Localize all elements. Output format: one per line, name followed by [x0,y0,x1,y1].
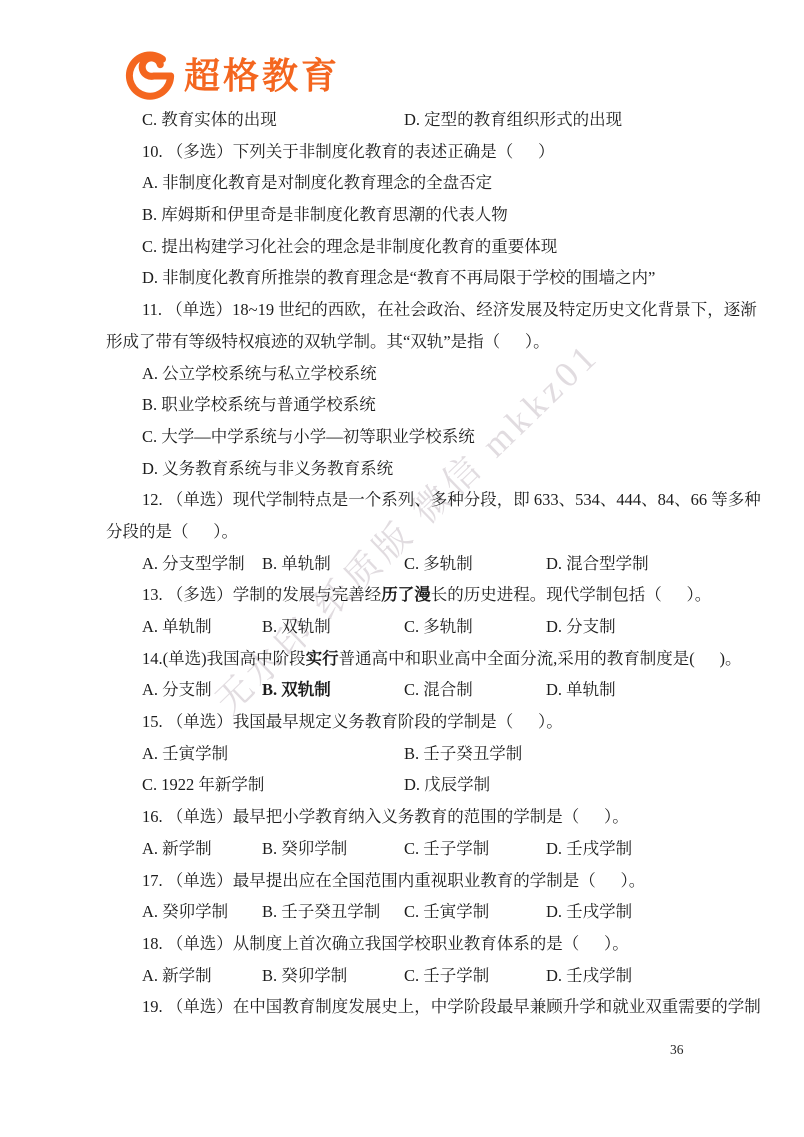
text-segment: B. 库姆斯和伊里奇是非制度化教育思潮的代表人物 [142,205,508,224]
text-segment: D. 定型的教育组织形式的出现 [404,110,622,129]
text-segment: C. 壬寅学制 [404,902,489,921]
chaoge-g-icon [124,50,176,102]
text-segment: D. 分支制 [546,617,616,636]
text-segment: B. 壬子癸丑学制 [404,744,522,763]
text-segment: 19. （单选）在中国教育制度发展史上，中学阶段最早兼顾升学和就业双重需要的学制 [142,997,761,1016]
option-cell: D. 分支制 [546,611,754,643]
option-cell: B. 癸卯学制 [262,833,404,865]
text-line: 12. （单选）现代学制特点是一个系列、多种分段，即 633、534、444、8… [106,484,754,516]
option-cell: C. 壬寅学制 [404,896,546,928]
text-segment: C. 混合制 [404,680,473,699]
text-segment: 16. （单选）最早把小学教育纳入义务教育的范围的学制是（ ）。 [142,807,629,826]
option-cell: D. 壬戌学制 [546,960,754,992]
text-segment: B. 单轨制 [262,554,331,573]
options-row: C. 1922 年新学制D. 戊辰学制 [106,769,754,801]
text-segment: 形成了带有等级特权痕迹的双轨学制。其“双轨”是指（ ）。 [106,332,550,351]
option-cell: A. 新学制 [142,960,262,992]
option-cell: D. 戊辰学制 [404,769,754,801]
text-segment: 12. （单选）现代学制特点是一个系列、多种分段，即 633、534、444、8… [142,490,761,509]
text-segment: A. 分支型学制 [142,554,245,573]
document-body: C. 教育实体的出现D. 定型的教育组织形式的出现10. （多选）下列关于非制度… [106,104,754,1023]
text-segment: C. 提出构建学习化社会的理念是非制度化教育的重要体现 [142,237,557,256]
brand-logo: 超格教育 [124,50,340,102]
text-segment: C. 教育实体的出现 [142,110,277,129]
options-row: C. 教育实体的出现D. 定型的教育组织形式的出现 [106,104,754,136]
brand-name: 超格教育 [184,50,340,102]
text-segment: 实行 [306,649,339,668]
text-line: C. 大学—中学系统与小学—初等职业学校系统 [106,421,754,453]
option-cell: B. 双轨制 [262,611,404,643]
option-cell: A. 分支制 [142,674,262,706]
text-line: 14.(单选)我国高中阶段实行普通高中和职业高中全面分流,采用的教育制度是( )… [106,643,754,675]
text-line: 19. （单选）在中国教育制度发展史上，中学阶段最早兼顾升学和就业双重需要的学制 [106,991,754,1023]
option-cell: B. 癸卯学制 [262,960,404,992]
option-cell: C. 壬子学制 [404,960,546,992]
text-line: B. 库姆斯和伊里奇是非制度化教育思潮的代表人物 [106,199,754,231]
options-row: A. 癸卯学制B. 壬子癸丑学制C. 壬寅学制D. 壬戌学制 [106,896,754,928]
text-segment: 历了漫 [381,585,431,604]
text-segment: A. 公立学校系统与私立学校系统 [142,364,377,383]
text-line: D. 非制度化教育所推崇的教育理念是“教育不再局限于学校的围墙之内” [106,262,754,294]
text-line: 16. （单选）最早把小学教育纳入义务教育的范围的学制是（ ）。 [106,801,754,833]
text-segment: D. 戊辰学制 [404,775,490,794]
text-line: D. 义务教育系统与非义务教育系统 [106,453,754,485]
option-cell: A. 新学制 [142,833,262,865]
text-segment: A. 新学制 [142,966,212,985]
option-cell: B. 壬子癸丑学制 [262,896,404,928]
text-segment: C. 多轨制 [404,554,473,573]
text-segment: B. 癸卯学制 [262,966,347,985]
text-segment: A. 单轨制 [142,617,212,636]
text-segment: D. 混合型学制 [546,554,649,573]
page-number: 36 [670,1042,684,1058]
option-cell: D. 壬戌学制 [546,896,754,928]
text-segment: D. 壬戌学制 [546,966,632,985]
option-cell: B. 双轨制 [262,674,404,706]
text-line: C. 提出构建学习化社会的理念是非制度化教育的重要体现 [106,231,754,263]
options-row: A. 分支制B. 双轨制C. 混合制D. 单轨制 [106,674,754,706]
text-line: B. 职业学校系统与普通学校系统 [106,389,754,421]
text-segment: A. 分支制 [142,680,212,699]
text-line: 11. （单选）18~19 世纪的西欧，在社会政治、经济发展及特定历史文化背景下… [106,294,754,326]
text-segment: B. 双轨制 [262,617,331,636]
option-cell: C. 多轨制 [404,611,546,643]
option-cell: A. 壬寅学制 [142,738,404,770]
text-line: A. 公立学校系统与私立学校系统 [106,358,754,390]
text-segment: 长的历史进程。现代学制包括（ ）。 [431,585,712,604]
text-segment: 13. （多选）学制的发展与完善经 [142,585,381,604]
text-segment: 10. （多选）下列关于非制度化教育的表述正确是（ ） [142,142,555,161]
text-segment: 分段的是（ ）。 [106,522,238,541]
text-segment: C. 壬子学制 [404,966,489,985]
text-line: 13. （多选）学制的发展与完善经历了漫长的历史进程。现代学制包括（ ）。 [106,579,754,611]
option-cell: C. 教育实体的出现 [142,104,404,136]
options-row: A. 壬寅学制B. 壬子癸丑学制 [106,738,754,770]
text-segment: A. 新学制 [142,839,212,858]
text-segment: D. 单轨制 [546,680,616,699]
options-row: A. 新学制B. 癸卯学制C. 壬子学制D. 壬戌学制 [106,833,754,865]
option-cell: B. 单轨制 [262,548,404,580]
option-cell: D. 单轨制 [546,674,754,706]
text-segment: C. 1922 年新学制 [142,775,264,794]
option-cell: B. 壬子癸丑学制 [404,738,754,770]
text-line: 17. （单选）最早提出应在全国范围内重视职业教育的学制是（ ）。 [106,865,754,897]
text-segment: 15. （单选）我国最早规定义务教育阶段的学制是（ ）。 [142,712,563,731]
option-cell: A. 单轨制 [142,611,262,643]
text-segment: 17. （单选）最早提出应在全国范围内重视职业教育的学制是（ ）。 [142,871,645,890]
text-line: 10. （多选）下列关于非制度化教育的表述正确是（ ） [106,136,754,168]
text-segment: C. 大学—中学系统与小学—初等职业学校系统 [142,427,475,446]
text-segment: 11. （单选）18~19 世纪的西欧，在社会政治、经济发展及特定历史文化背景下… [142,300,757,319]
option-cell: D. 定型的教育组织形式的出现 [404,104,754,136]
options-row: A. 单轨制B. 双轨制C. 多轨制D. 分支制 [106,611,754,643]
text-segment: D. 义务教育系统与非义务教育系统 [142,459,393,478]
option-cell: C. 1922 年新学制 [142,769,404,801]
text-segment: 18. （单选）从制度上首次确立我国学校职业教育体系的是（ ）。 [142,934,629,953]
options-row: A. 分支型学制B. 单轨制C. 多轨制D. 混合型学制 [106,548,754,580]
text-line: 形成了带有等级特权痕迹的双轨学制。其“双轨”是指（ ）。 [106,326,754,358]
text-segment: B. 职业学校系统与普通学校系统 [142,395,376,414]
text-segment: A. 非制度化教育是对制度化教育理念的全盘否定 [142,173,492,192]
option-cell: A. 癸卯学制 [142,896,262,928]
option-cell: D. 壬戌学制 [546,833,754,865]
text-segment: C. 壬子学制 [404,839,489,858]
text-line: 分段的是（ ）。 [106,516,754,548]
text-segment: B. 癸卯学制 [262,839,347,858]
text-segment: C. 多轨制 [404,617,473,636]
option-cell: C. 壬子学制 [404,833,546,865]
text-segment: B. 壬子癸丑学制 [262,902,380,921]
text-line: A. 非制度化教育是对制度化教育理念的全盘否定 [106,167,754,199]
option-cell: C. 混合制 [404,674,546,706]
text-line: 15. （单选）我国最早规定义务教育阶段的学制是（ ）。 [106,706,754,738]
options-row: A. 新学制B. 癸卯学制C. 壬子学制D. 壬戌学制 [106,960,754,992]
option-cell: D. 混合型学制 [546,548,754,580]
text-segment: B. 双轨制 [262,680,331,699]
text-segment: D. 非制度化教育所推崇的教育理念是“教育不再局限于学校的围墙之内” [142,268,655,287]
option-cell: A. 分支型学制 [142,548,262,580]
option-cell: C. 多轨制 [404,548,546,580]
text-line: 18. （单选）从制度上首次确立我国学校职业教育体系的是（ ）。 [106,928,754,960]
text-segment: A. 壬寅学制 [142,744,228,763]
text-segment: 普通高中和职业高中全面分流,采用的教育制度是( )。 [339,649,742,668]
text-segment: D. 壬戌学制 [546,839,632,858]
text-segment: A. 癸卯学制 [142,902,228,921]
text-segment: D. 壬戌学制 [546,902,632,921]
text-segment: 14.(单选)我国高中阶段 [142,649,306,668]
